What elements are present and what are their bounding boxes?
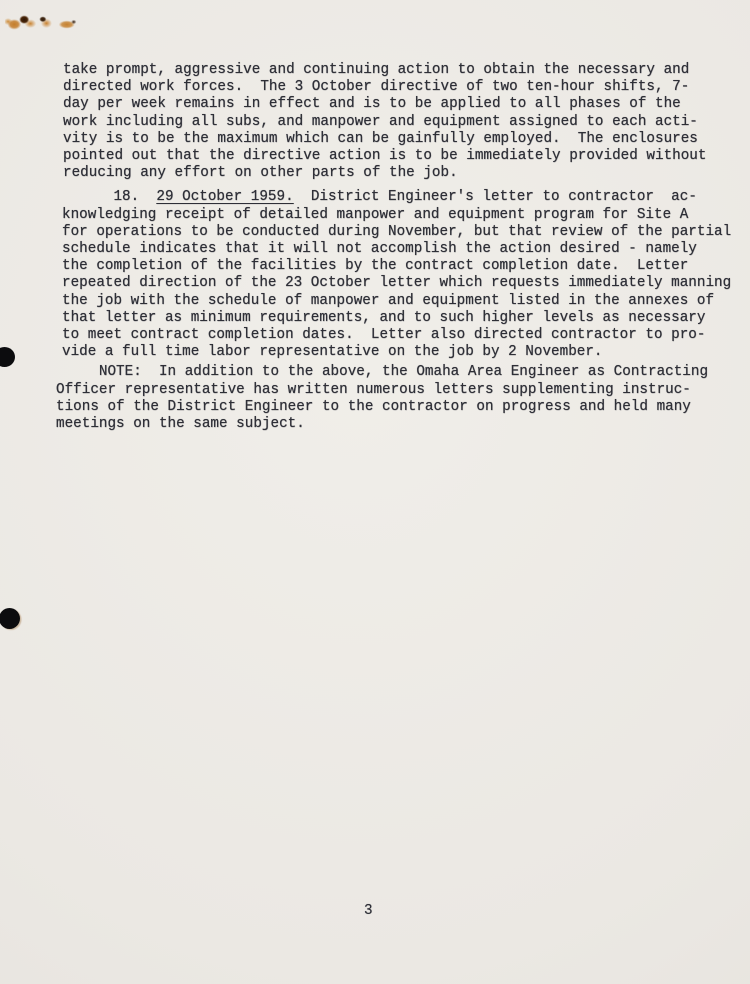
rust-stain: [56, 17, 80, 30]
paragraph-18: 18. 29 October 1959. District Engineer's…: [62, 189, 742, 361]
note-paragraph: NOTE: In addition to the above, the Omah…: [56, 364, 742, 433]
hole-punch: [0, 608, 20, 629]
paragraph-18-body: District Engineer's letter to contractor…: [62, 189, 731, 360]
paragraph-18-number: 18.: [62, 189, 156, 205]
rust-stain: [5, 12, 36, 32]
rust-stain: [36, 14, 54, 29]
document-body: take prompt, aggressive and continuing a…: [62, 62, 742, 433]
paragraph-17-continuation: take prompt, aggressive and continuing a…: [63, 62, 742, 182]
page-number: 3: [364, 903, 373, 919]
scanned-document-page: take prompt, aggressive and continuing a…: [0, 0, 750, 984]
paragraph-18-date-underlined: 29 October 1959.: [156, 189, 293, 205]
hole-punch: [0, 347, 15, 367]
